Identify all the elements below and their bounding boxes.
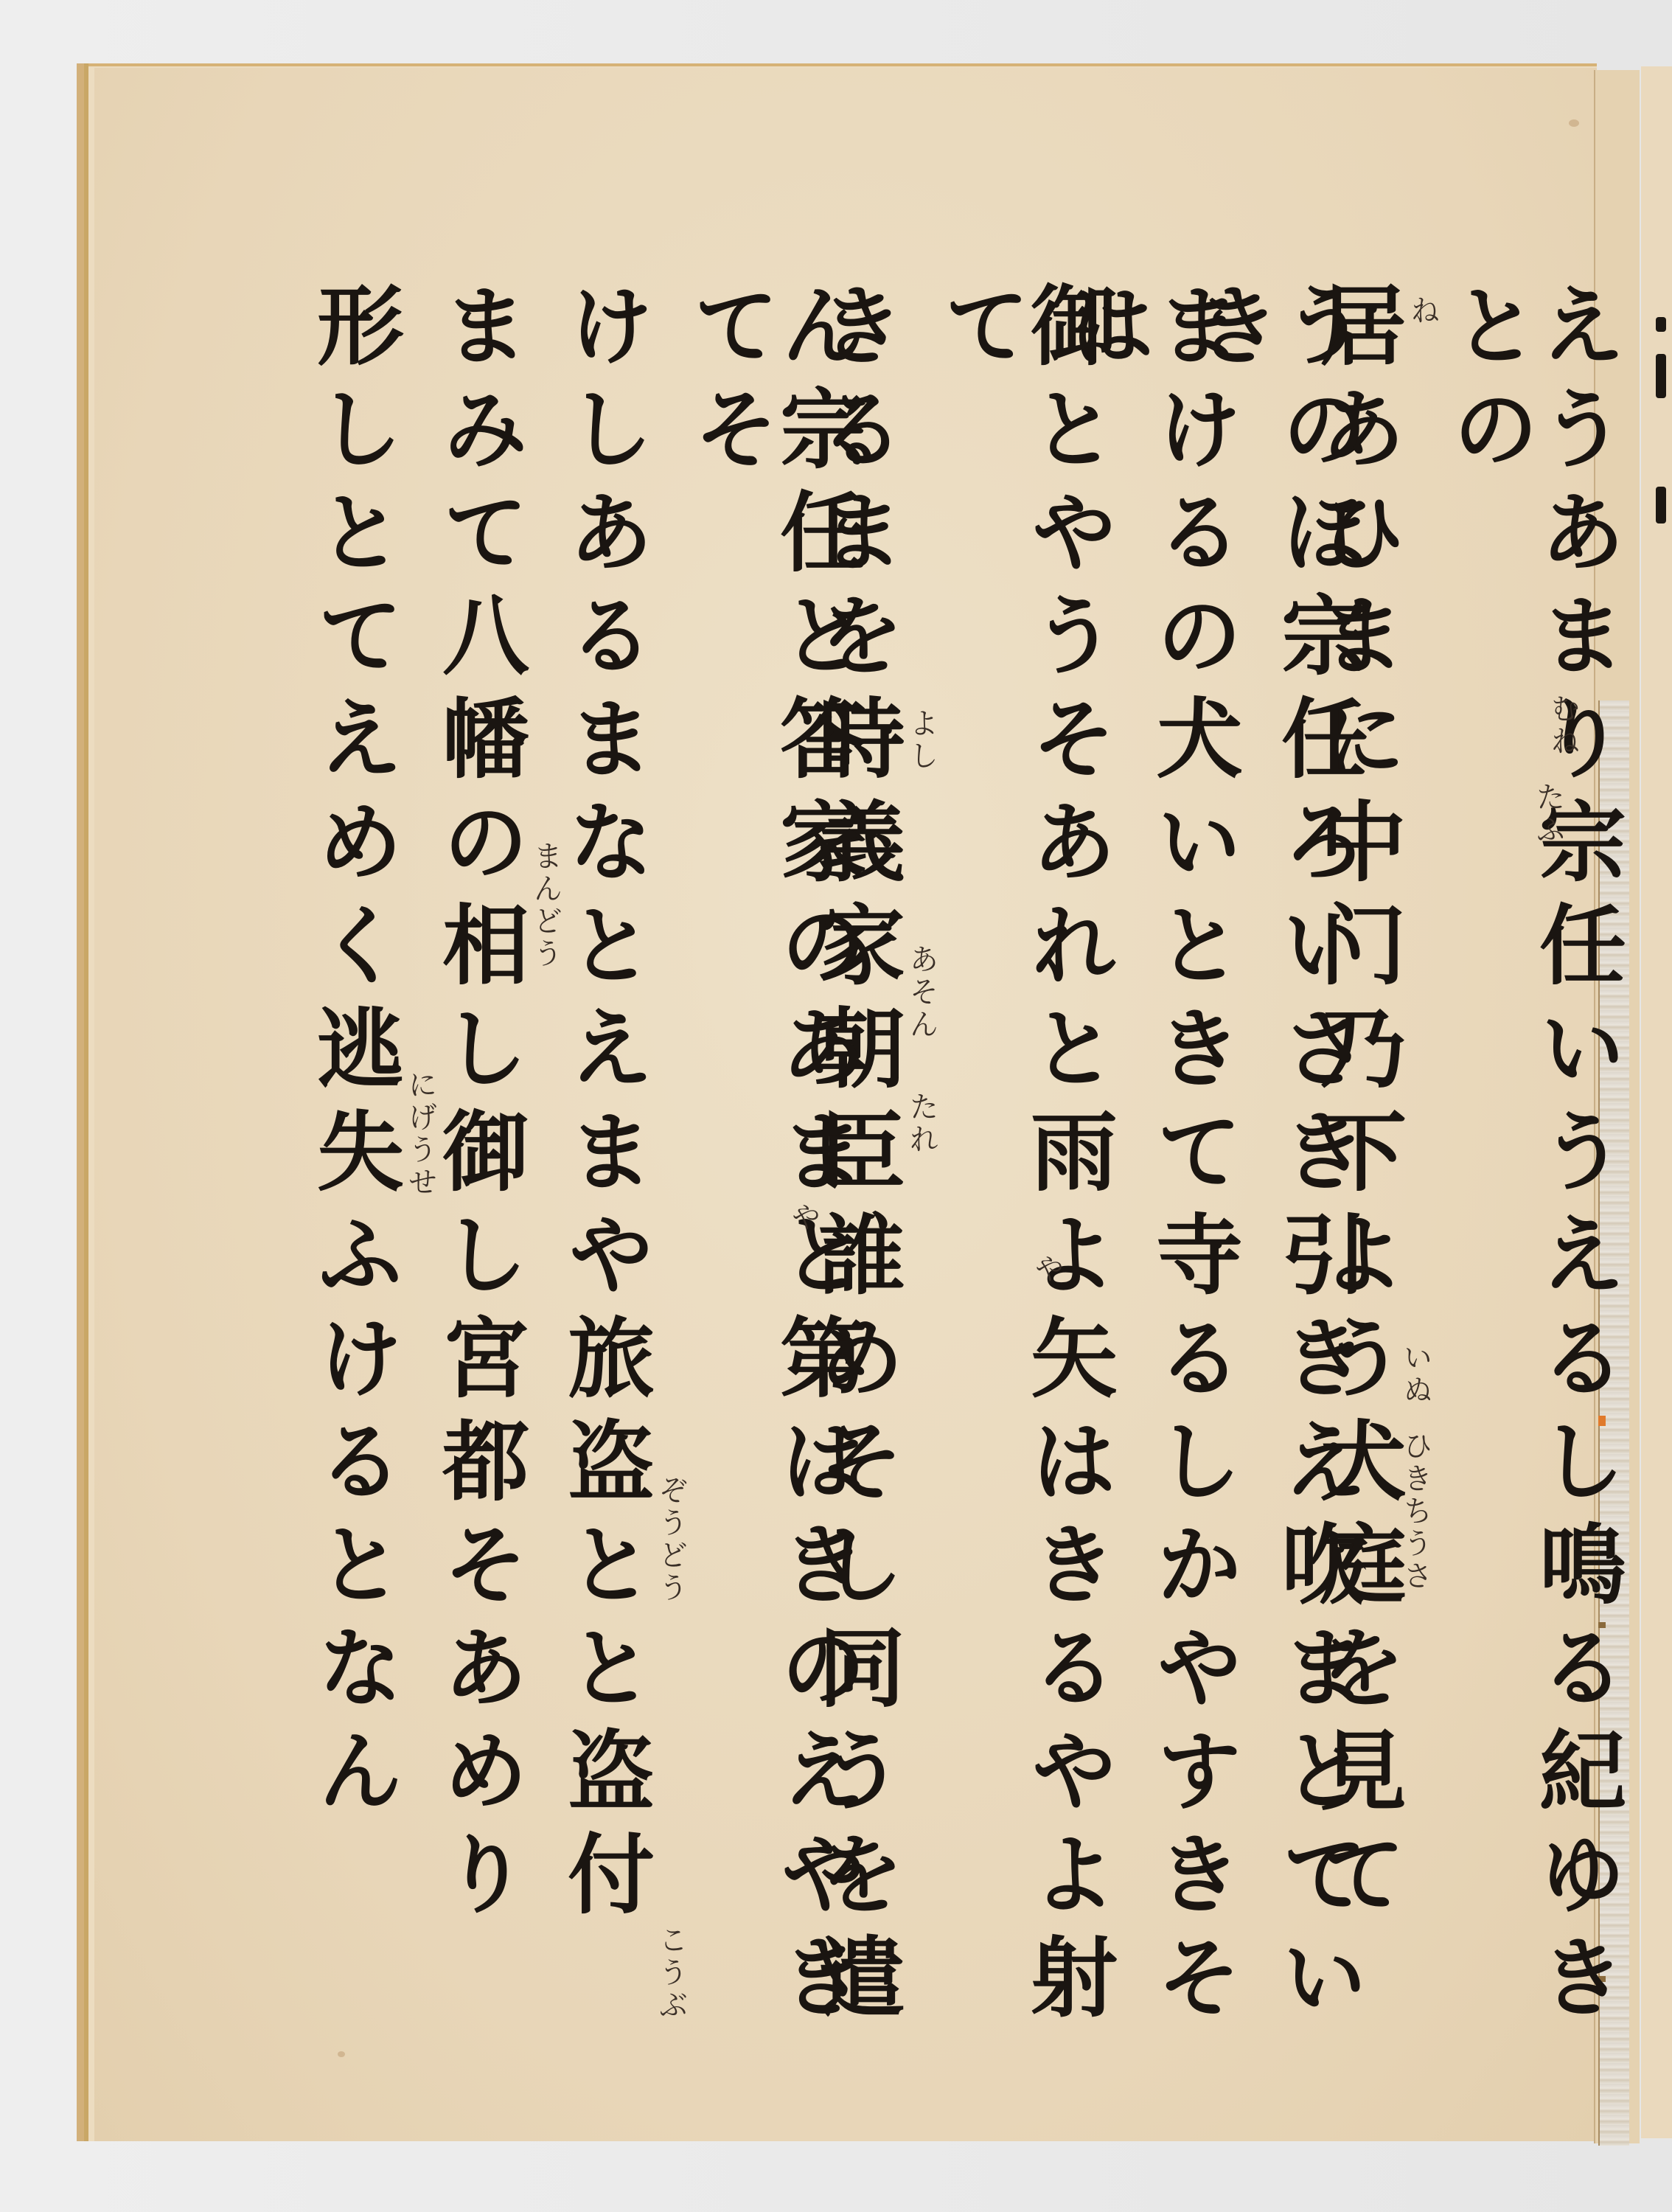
ruby-annotation: むね — [1548, 693, 1578, 758]
text-column-10: 形しとてえめく逃失ふけるとなん — [310, 280, 397, 1829]
ruby-annotation: ひきちうさ — [1401, 1430, 1430, 1593]
ruby-annotation: や — [789, 1202, 818, 1234]
ruby-annotation: まんどう — [531, 841, 560, 970]
ruby-annotation: たふ — [1533, 782, 1563, 846]
ruby-annotation: こうぶ — [656, 1924, 686, 2022]
ruby-annotation: ぞうどう — [656, 1475, 686, 1604]
ruby-annotation: たれ — [907, 1091, 936, 1156]
text-column-7: ん宗任と答家のあまと第はきのえやきてそ — [686, 280, 860, 2065]
text-column-1: えうあまり宗任いうえるし鳴る紀ゆきとの — [1445, 280, 1619, 2065]
text-columns: えうあまり宗任いうえるし鳴る紀ゆきとの むね たふ 居あひまに中门乃下よう犬庭を… — [221, 280, 1541, 2065]
text-column-8: けしあるまなとえまや旅盗とと盗付 — [560, 280, 647, 1932]
text-column-5: 御とやうそあれと雨よ矢はきるやよ射て — [936, 280, 1110, 2065]
facing-page-ink — [1656, 317, 1666, 332]
facing-page-ink — [1656, 487, 1666, 524]
text-column-9: まみて八幡の相し御し宮都そあめり — [435, 280, 522, 1932]
ruby-annotation: よし — [907, 708, 936, 773]
facing-page-ink — [1656, 354, 1666, 398]
ruby-annotation: いぬ — [1401, 1342, 1430, 1407]
ruby-annotation: や — [1032, 1253, 1062, 1286]
paper-stain — [1569, 119, 1579, 127]
ruby-annotation: あそん — [907, 944, 936, 1041]
ruby-annotation: ね — [1408, 295, 1438, 327]
ruby-annotation: にげうせ — [405, 1069, 435, 1199]
